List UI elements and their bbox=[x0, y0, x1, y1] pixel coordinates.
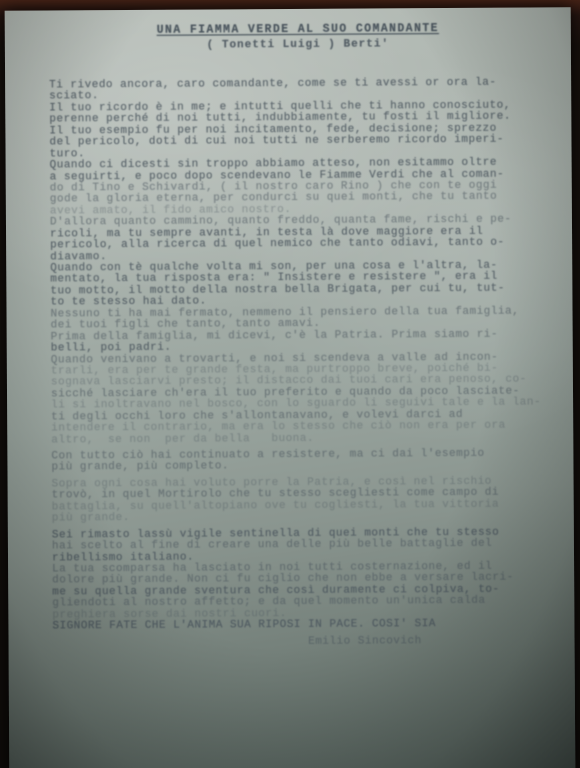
letter-line: SIGNORE FATE CHE L'ANIMA SUA RIPOSI IN P… bbox=[52, 619, 550, 633]
letter-line: Emilio Sincovich bbox=[53, 635, 551, 649]
letter-body: Ti rivedo ancora, caro comandante, come … bbox=[49, 77, 550, 649]
letter-line: più grande. bbox=[52, 511, 550, 525]
letter-page: UNA FIAMMA VERDE AL SUO COMANDANTE ( Ton… bbox=[5, 7, 576, 768]
photo-background: UNA FIAMMA VERDE AL SUO COMANDANTE ( Ton… bbox=[0, 0, 580, 768]
letter-document: UNA FIAMMA VERDE AL SUO COMANDANTE ( Ton… bbox=[49, 21, 551, 649]
letter-line: più grande, più completo. bbox=[51, 460, 549, 474]
letter-subtitle: ( Tonetti Luigi ) Berti' bbox=[49, 37, 547, 52]
letter-title: UNA FIAMMA VERDE AL SUO COMANDANTE bbox=[49, 21, 547, 37]
letter-line: altro, se non per da bella buona. bbox=[51, 432, 549, 446]
